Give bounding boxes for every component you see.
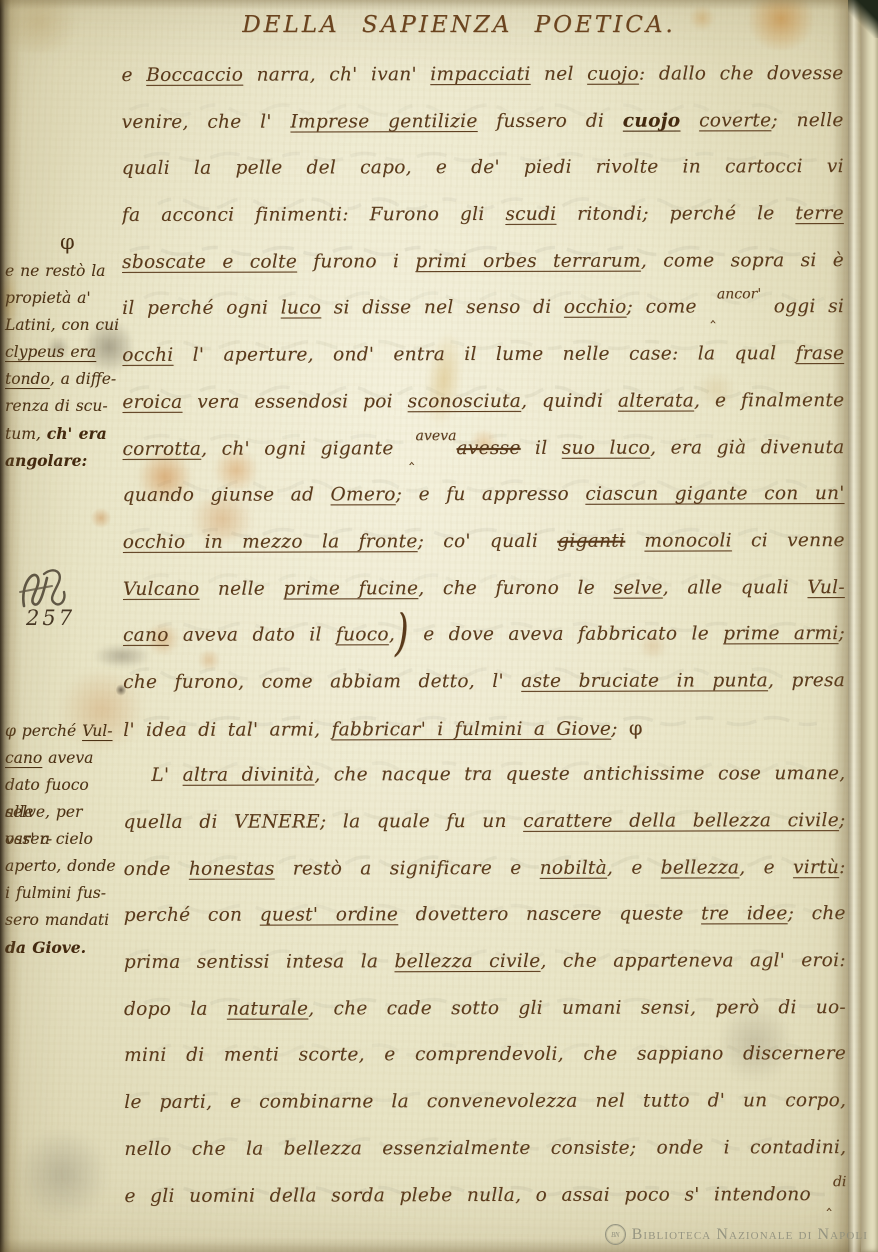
underlined-word: sboscate e colte xyxy=(122,251,297,272)
text-run: l' aperture, ond' entra il lume nelle ca… xyxy=(173,343,795,366)
margin-note-vulcano: φ perché Vul-cano avevadato fuoco allese… xyxy=(5,718,121,961)
text-run: il xyxy=(521,437,562,458)
inserted-word: di xyxy=(833,1174,847,1190)
underlined-word: cuojo xyxy=(623,110,681,131)
text-run xyxy=(680,110,699,131)
manuscript-line: cano aveva xyxy=(5,745,121,772)
text-run: , e xyxy=(739,857,793,878)
manuscript-line: e ne restò la xyxy=(5,258,121,285)
text-run: propietà a' xyxy=(5,289,91,307)
underlined-word: alterata xyxy=(618,390,694,411)
text-run: restò a significare e xyxy=(275,858,540,880)
correction-brace: ) xyxy=(395,611,409,658)
underlined-word: frase xyxy=(796,343,845,364)
text-run: : xyxy=(839,857,846,878)
text-run: Latini, con cui xyxy=(5,316,119,334)
caret-mark: ‸ xyxy=(710,305,716,324)
text-run: fussero di xyxy=(478,110,623,131)
underlined-word: Vul- xyxy=(82,722,112,740)
manuscript-line: Vulcano nelle prime fucine, che furono l… xyxy=(123,565,845,614)
underlined-word: carattere della bellezza civile xyxy=(523,810,839,832)
manuscript-line: il perché ogni luco si disse nel senso d… xyxy=(122,284,844,333)
text-run: l' idea di tal' armi, xyxy=(123,719,331,741)
underlined-word: Imprese gentilizie xyxy=(290,111,477,132)
manuscript-line: aperto, donde xyxy=(5,853,121,880)
manuscript-line: sboscate e colte furono i primi orbes te… xyxy=(122,238,844,287)
text-run: perché con xyxy=(124,905,260,926)
manuscript-line: tum, ch' era xyxy=(5,420,121,447)
manuscript-line: prima sentissi intesa la bellezza civile… xyxy=(124,938,846,987)
manuscript-line: renza di scu- xyxy=(5,393,121,420)
underlined-word: nobiltà xyxy=(540,857,607,878)
underlined-word: cano xyxy=(123,625,169,646)
underlined-word: impacciati xyxy=(430,64,530,85)
text-run: nello che la bellezza essenzialmente con… xyxy=(124,1137,846,1160)
manuscript-line: fa acconci finimenti: Furono gli scudi r… xyxy=(122,191,844,240)
text-run: var' a cielo xyxy=(5,830,93,848)
text-run: , che apparteneva agl' eroi: xyxy=(540,950,845,972)
manuscript-line: e Boccaccio narra, ch' ivan' impacciati … xyxy=(121,51,843,100)
text-run: quando giunse ad xyxy=(123,485,331,507)
library-logo-letters: BN xyxy=(611,1231,619,1239)
underlined-word: honestas xyxy=(189,858,275,879)
text-run: furono i xyxy=(297,251,415,272)
text-run: nel xyxy=(531,64,588,85)
page-edge-strip xyxy=(848,0,861,1252)
adjacent-page-sliver xyxy=(861,0,878,1252)
text-run: dovettero nascere queste xyxy=(398,904,701,926)
manuscript-line: Latini, con cui xyxy=(5,312,121,339)
gutter-shadow-left xyxy=(0,0,22,1252)
underlined-word: scudi xyxy=(505,204,556,225)
manuscript-line: tondo, a diffe- xyxy=(5,366,121,393)
underlined-word: primi orbes terrarum xyxy=(415,250,641,272)
text-run: φ perché xyxy=(5,722,82,740)
manuscript-page: DELLA SAPIENZA POETICA. e Boccaccio narr… xyxy=(0,0,878,1252)
underlined-word: ciascun gigante con un' xyxy=(585,483,844,505)
underlined-word: terre xyxy=(795,203,844,224)
manuscript-line: onde honestas restò a significare e nobi… xyxy=(124,845,846,894)
text-run: aveva xyxy=(42,749,93,767)
text-run: , che cade sotto gli umani sensi, però d… xyxy=(308,997,846,1019)
text-run: quella di VENERE; la quale fu un xyxy=(123,811,523,833)
underlined-word: bellezza xyxy=(661,857,740,878)
manuscript-line: L' altra divinità, che nacque tra queste… xyxy=(123,751,845,800)
manuscript-line: venire, che l' Imprese gentilizie fusser… xyxy=(122,98,844,147)
manuscript-line: mini di menti scorte, e comprendevoli, c… xyxy=(124,1031,846,1080)
text-run: le parti, e combinarne la convenevolezza… xyxy=(124,1090,846,1113)
text-run: il perché ogni xyxy=(122,298,281,319)
insertion-mark-phi: φ xyxy=(629,716,643,739)
text-run: mini di menti scorte, e comprendevoli, c… xyxy=(124,1043,846,1066)
underlined-word: eroica xyxy=(122,392,182,413)
text-run: aveva dato il xyxy=(169,625,336,646)
manuscript-line: cano aveva dato il fuoco,) e dove aveva … xyxy=(123,611,845,660)
text-run: prima sentissi intesa la xyxy=(124,951,395,973)
underlined-word: altra divinità xyxy=(183,765,315,786)
text-run: e ne restò la xyxy=(5,262,105,280)
caret-mark: ‸ xyxy=(409,446,415,465)
underlined-word: occhi xyxy=(122,345,173,366)
underlined-word: prime armi xyxy=(723,623,838,644)
underlined-word: Boccaccio xyxy=(146,65,243,86)
underlined-word: selve xyxy=(613,577,662,598)
text-run: , quindi xyxy=(521,390,618,411)
manuscript-line: var' a cielo xyxy=(5,826,121,853)
underlined-word: corrotta xyxy=(122,438,201,459)
text-run: narra, ch' ivan' xyxy=(243,64,430,85)
underlined-word: occhio in mezzo la fronte xyxy=(123,531,418,553)
underlined-word: Vul- xyxy=(807,577,845,598)
text-run: angolare: xyxy=(5,451,87,470)
folio-number: 257 xyxy=(26,606,75,630)
library-watermark-text: Biblioteca Nazionale di Napoli xyxy=(632,1226,868,1244)
underlined-word: bellezza civile xyxy=(394,951,540,972)
manuscript-text-block: e Boccaccio narra, ch' ivan' impacciati … xyxy=(121,51,846,1220)
text-run: onde xyxy=(124,858,189,879)
manuscript-line: da Giove. xyxy=(5,934,121,961)
underlined-word: fuoco xyxy=(336,624,389,645)
manuscript-line: quando giunse ad Omero; e fu appresso ci… xyxy=(123,471,845,520)
manuscript-line: occhi l' aperture, ond' entra il lume ne… xyxy=(122,331,844,380)
underlined-word: monocoli xyxy=(644,530,732,551)
underlined-word: virtù xyxy=(793,857,839,878)
text-run: tum, xyxy=(5,425,47,443)
underlined-word: clypeus era xyxy=(5,343,96,361)
text-run xyxy=(625,530,644,551)
text-run: L' xyxy=(151,765,182,786)
text-run: ; xyxy=(838,623,845,644)
text-run: sero mandati xyxy=(5,911,109,929)
manuscript-line: dopo la naturale, che cade sotto gli uma… xyxy=(124,985,846,1034)
text-run: fa acconci finimenti: Furono gli xyxy=(122,204,505,226)
underlined-word: tre idee xyxy=(701,904,788,925)
text-run: ; nelle xyxy=(771,110,843,131)
manuscript-line: l' idea di tal' armi, fabbricar' i fulmi… xyxy=(123,705,845,754)
underlined-word: Vulcano xyxy=(123,578,200,599)
manuscript-line: nello che la bellezza essenzialmente con… xyxy=(124,1125,846,1174)
inserted-word: ancor' xyxy=(717,287,761,303)
underlined-word: tondo xyxy=(5,370,50,388)
page-title: DELLA SAPIENZA POETICA. xyxy=(0,12,878,38)
manuscript-line: φ perché Vul- xyxy=(5,718,121,745)
text-run: ci venne xyxy=(732,530,845,551)
library-watermark: BN Biblioteca Nazionale di Napoli xyxy=(605,1224,868,1245)
manuscript-line: le parti, e combinarne la convenevolezza… xyxy=(124,1078,846,1127)
text-run: , presa xyxy=(768,670,845,691)
text-run: quali la pelle del capo, e de' piedi riv… xyxy=(122,156,844,179)
underlined-word: quest' ordine xyxy=(260,905,398,926)
manuscript-line: dato fuoco alle xyxy=(5,772,121,799)
text-run: ; come xyxy=(627,297,710,318)
text-run: ; xyxy=(611,718,629,739)
underlined-word: occhio xyxy=(564,297,627,318)
manuscript-line: quella di VENERE; la quale fu un caratte… xyxy=(123,798,845,847)
manuscript-line: selve, per osser- xyxy=(5,799,121,826)
manuscript-line: eroica vera essendosi poi sconosciuta, q… xyxy=(122,378,844,427)
text-run: , a diffe- xyxy=(50,370,116,388)
underlined-word: fabbricar' i fulmini a Giove xyxy=(331,718,611,740)
manuscript-line: occhio in mezzo la fronte; co' quali gig… xyxy=(123,518,845,567)
manuscript-line: corrotta, ch' ogni gigante ‸avevaavesse … xyxy=(122,425,844,474)
text-run: si disse nel senso di xyxy=(321,297,564,319)
underlined-word: sconosciuta xyxy=(408,391,522,412)
text-run: da Giove. xyxy=(5,938,86,957)
text-run: e xyxy=(122,65,147,86)
text-run: i fulmini fus- xyxy=(5,884,106,902)
text-run: : dallo che dovesse xyxy=(639,63,844,85)
text-run: , e finalmente xyxy=(694,390,844,411)
underlined-word: suo luco xyxy=(562,437,650,458)
text-run: nelle xyxy=(199,578,283,599)
underlined-word: luco xyxy=(281,298,322,319)
text-run: , che furono le xyxy=(418,577,613,599)
manuscript-line: quali la pelle del capo, e de' piedi riv… xyxy=(122,144,844,193)
underlined-word: cano xyxy=(5,749,42,767)
stain xyxy=(90,508,112,528)
text-run: ch' era xyxy=(47,424,107,443)
text-run: e dove aveva fabbricato le xyxy=(409,624,723,646)
manuscript-line: perché con quest' ordine dovettero nasce… xyxy=(124,891,846,940)
text-run: che furono, come abbiam detto, l' xyxy=(123,671,521,693)
inserted-word: aveva xyxy=(416,428,457,444)
underlined-word: coverte xyxy=(699,110,771,131)
underlined-word: prime fucine xyxy=(283,578,418,599)
manuscript-line: i fulmini fus- xyxy=(5,880,121,907)
text-run: ; e fu appresso xyxy=(396,484,586,505)
text-run: , e xyxy=(607,857,661,878)
text-run: ritondi; perché le xyxy=(556,203,795,225)
manuscript-line: clypeus era xyxy=(5,339,121,366)
struck-word: giganti xyxy=(557,531,625,552)
underlined-word: aste bruciate in punta xyxy=(521,670,768,692)
text-run: venire, che l' xyxy=(122,111,291,132)
text-run: renza di scu- xyxy=(5,397,108,415)
manuscript-line: e gli uomini della sorda plebe nulla, o … xyxy=(124,1172,846,1221)
text-run: ; che xyxy=(788,903,846,924)
manuscript-line: propietà a' xyxy=(5,285,121,312)
stain xyxy=(14,1132,110,1218)
text-run: ; xyxy=(839,810,846,831)
text-run: aperto, donde xyxy=(5,857,116,875)
text-run: vera essendosi poi xyxy=(182,391,407,413)
page-edge-top xyxy=(0,0,878,10)
underlined-word: naturale xyxy=(227,998,308,1019)
margin-note-clypeus: e ne restò lapropietà a'Latini, con cuic… xyxy=(5,258,121,474)
text-run: e gli uomini della sorda plebe nulla, o … xyxy=(124,1184,825,1207)
underlined-word: cuojo xyxy=(587,64,639,85)
text-run: ; co' quali xyxy=(418,531,558,552)
text-run: , ch' ogni gigante xyxy=(201,438,408,460)
text-run: , era già divenuta xyxy=(650,437,844,459)
manuscript-line: angolare: xyxy=(5,447,121,474)
caret-mark: ‸ xyxy=(826,1192,832,1211)
manuscript-line: sero mandati xyxy=(5,907,121,934)
insertion-mark-phi: φ xyxy=(60,230,75,254)
library-logo-icon: BN xyxy=(605,1224,626,1245)
underlined-word: Omero xyxy=(330,484,395,505)
text-run: , alle quali xyxy=(663,577,808,598)
manuscript-line: che furono, come abbiam detto, l' aste b… xyxy=(123,658,845,707)
struck-word: avesse xyxy=(456,437,520,458)
text-run: dopo la xyxy=(124,998,227,1019)
